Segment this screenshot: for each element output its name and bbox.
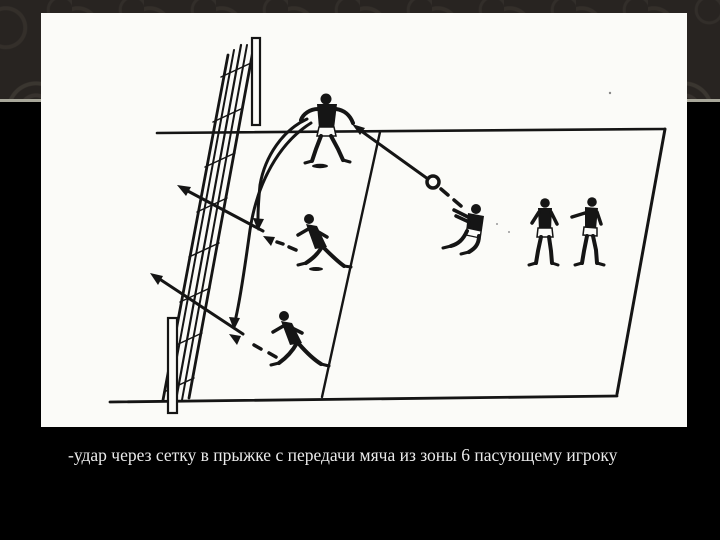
set-trajectory-arrow-icon — [229, 119, 311, 330]
volleyball-net-icon — [163, 38, 260, 413]
diagram-image-frame — [41, 13, 687, 427]
paper-speck — [496, 223, 498, 225]
volleyball-drill-diagram — [41, 13, 687, 427]
net-post-icon — [252, 38, 260, 125]
standing-player-icon — [529, 198, 558, 265]
zone6-passer-icon — [443, 204, 484, 254]
slide: -удар через сетку в прыжке с передачи мя… — [0, 0, 720, 540]
paper-speck — [609, 92, 611, 94]
ball-icon — [427, 176, 439, 188]
pass-arrow-icon — [352, 124, 461, 206]
standing-player-icon — [572, 197, 604, 265]
running-player-icon — [271, 311, 329, 366]
slide-caption: -удар через сетку в прыжке с передачи мя… — [68, 445, 688, 466]
net-post-icon — [168, 318, 177, 413]
paper-speck — [508, 231, 510, 233]
running-player-icon — [298, 214, 351, 271]
